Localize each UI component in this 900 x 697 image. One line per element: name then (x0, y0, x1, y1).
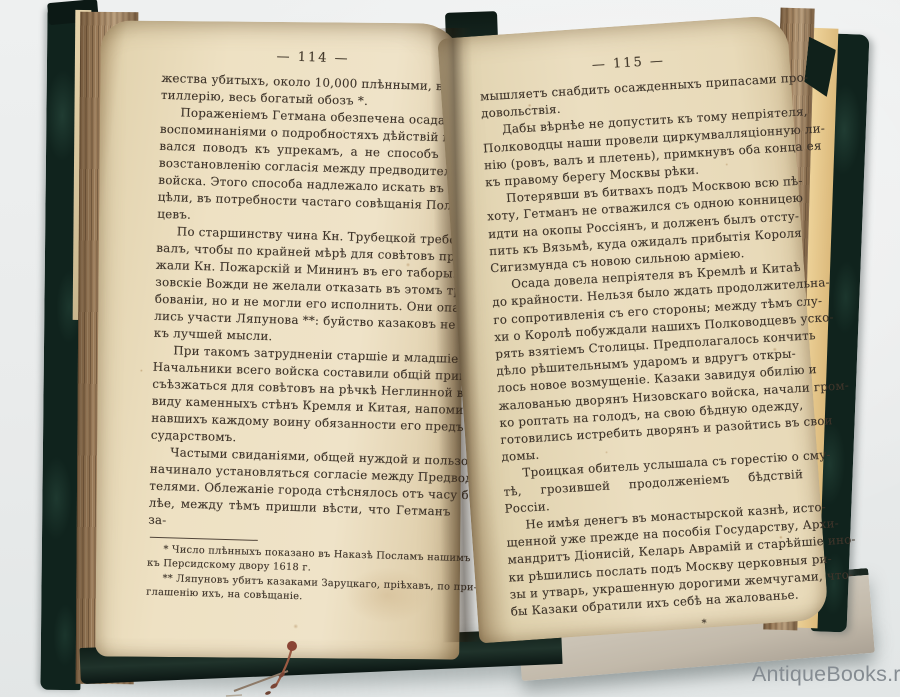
watermark: AntiqueBooks.ru (752, 662, 900, 687)
right-page: — 115 — мышляетъ снабдить осажденныхъ пр… (437, 15, 828, 644)
paragraph: Не имѣя денегъ въ монастырской казнѣ, ис… (505, 500, 811, 621)
page-body: жества убитыхъ, около 10,000 плѣнными, в… (148, 70, 463, 538)
footnote-rule (150, 537, 258, 541)
left-page: — 114 — жества убитыхъ, около 10,000 плѣ… (95, 20, 465, 659)
paragraph: При такомъ затрудненіи старшіе и младшіе… (151, 342, 456, 453)
paragraph: Осада довела непріятеля въ Кремлѣ и Кита… (491, 260, 802, 467)
dried-flower (212, 641, 362, 697)
paragraph: Частыми свиданіями, общей нуждой и польз… (148, 444, 452, 538)
paragraph: По старшинству чина Кн. Трубецкой требо-… (154, 223, 459, 351)
page-body: мышляетъ снабдить осажденныхъ припасами … (480, 71, 811, 621)
book-photo: — 114 — жества убитыхъ, около 10,000 плѣ… (0, 0, 900, 697)
right-page-text: — 115 — мышляетъ снабдить осажденныхъ пр… (478, 47, 812, 641)
paragraph: Пораженіемъ Гетмана обезпечена осада Мос… (157, 104, 462, 232)
page-number: — 114 — (162, 46, 464, 70)
left-page-text: — 114 — жества убитыхъ, около 10,000 плѣ… (146, 46, 464, 609)
footnotes: * Число плѣнныхъ показано въ Наказѣ Посл… (146, 543, 450, 610)
